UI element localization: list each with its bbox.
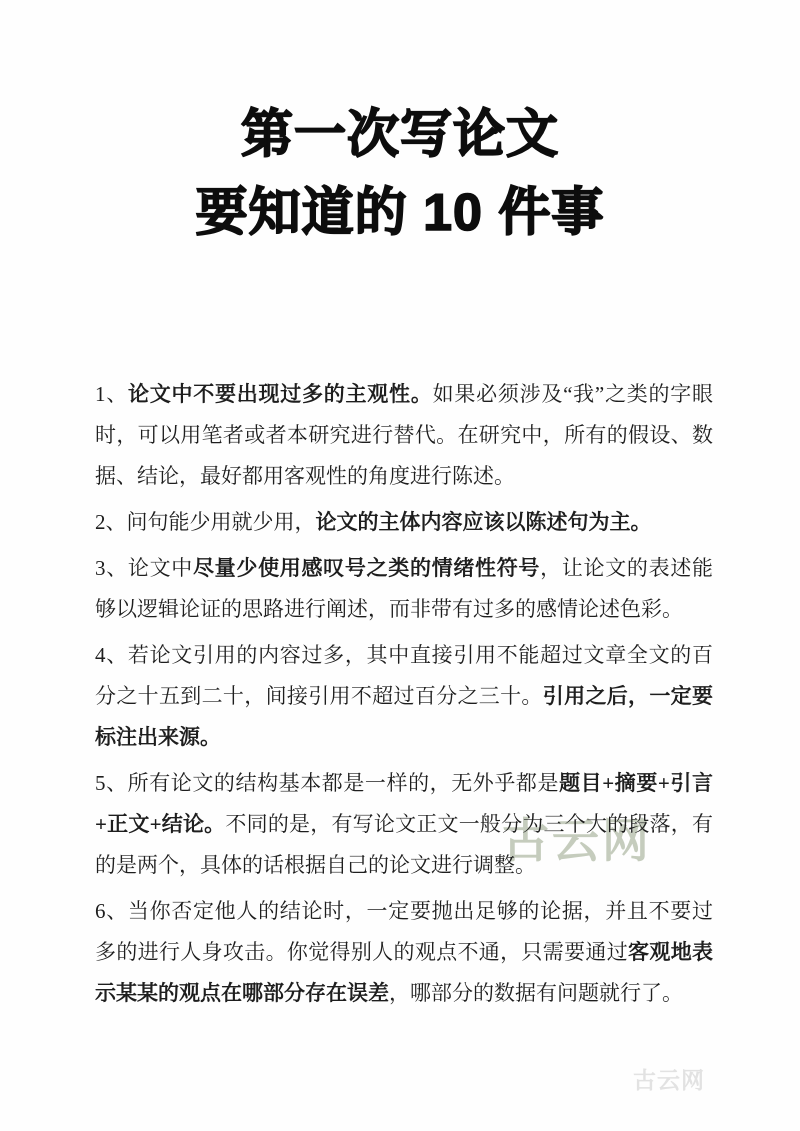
bold-text-run: 论文的主体内容应该以陈述句为主。	[316, 510, 652, 534]
list-item: 2、问句能少用就少用，论文的主体内容应该以陈述句为主。	[95, 502, 713, 543]
list-item: 4、若论文引用的内容过多，其中直接引用不能超过文章全文的百分之十五到二十，间接引…	[95, 635, 713, 758]
bold-text-run: 论文中不要出现过多的主观性。	[128, 382, 433, 406]
list: 1、论文中不要出现过多的主观性。如果必须涉及“我”之类的字眼时，可以用笔者或者本…	[95, 374, 713, 1014]
text-run: 6、当你否定他人的结论时，一定要抛出足够的论据，并且不要过多的进行人身攻击。你觉…	[95, 899, 713, 964]
list-item: 5、所有论文的结构基本都是一样的，无外乎都是题目+摘要+引言+正文+结论。不同的…	[95, 763, 713, 886]
list-item: 3、论文中尽量少使用感叹号之类的情绪性符号，让论文的表述能够以逻辑论证的思路进行…	[95, 548, 713, 630]
watermark-bottom-right: 古云网	[633, 1062, 705, 1095]
document-page: 第一次写论文要知道的 10 件事 古云网 古云网 1、论文中不要出现过多的主观性…	[0, 0, 800, 1131]
page-title: 第一次写论文要知道的 10 件事	[0, 96, 800, 252]
list-item: 1、论文中不要出现过多的主观性。如果必须涉及“我”之类的字眼时，可以用笔者或者本…	[95, 374, 713, 497]
text-run: ，哪部分的数据有问题就行了。	[389, 981, 683, 1005]
text-run: 1、	[95, 382, 128, 406]
list-item: 6、当你否定他人的结论时，一定要抛出足够的论据，并且不要过多的进行人身攻击。你觉…	[95, 891, 713, 1014]
page-title-line1: 第一次写论文	[241, 106, 559, 164]
text-run: 2、问句能少用就少用，	[95, 510, 316, 534]
text-run: 3、论文中	[95, 556, 193, 580]
article-body: 1、论文中不要出现过多的主观性。如果必须涉及“我”之类的字眼时，可以用笔者或者本…	[95, 374, 713, 1019]
text-run: 5、所有论文的结构基本都是一样的，无外乎都是	[95, 771, 559, 795]
title-block: 第一次写论文要知道的 10 件事	[0, 96, 800, 252]
page-title-line2: 要知道的 10 件事	[196, 184, 605, 242]
bold-text-run: 尽量少使用感叹号之类的情绪性符号	[193, 556, 540, 580]
